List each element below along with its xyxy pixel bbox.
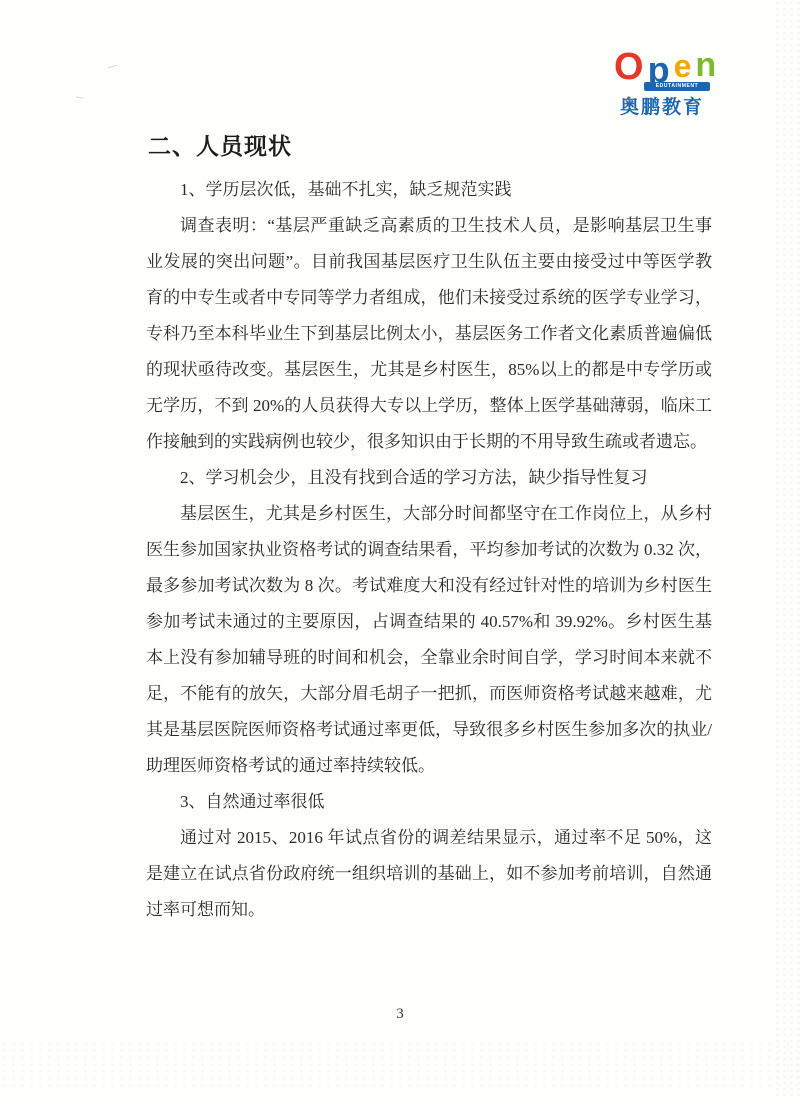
paragraph-3: 通过对 2015、2016 年试点省份的调差结果显示，通过率不足 50%，这是建…	[146, 820, 712, 928]
scanned-document-screenshot: { "logo": { "word": "Open", "letters": […	[0, 0, 800, 1100]
aopeng-education-logo: O p e n EDUTAINMENT 奥鹏教育	[614, 50, 710, 119]
document-page: O p e n EDUTAINMENT 奥鹏教育 二、人员现状 1、学历层次低，…	[0, 0, 800, 1100]
logo-letter-p: p	[648, 53, 667, 87]
logo-letter-o: O	[614, 50, 641, 84]
logo-letter-n: n	[695, 48, 713, 82]
scan-artifact	[76, 96, 83, 98]
paragraph-1: 调查表明：“基层严重缺乏高素质的卫生技术人员，是影响基层卫生事业发展的突出问题”…	[146, 208, 712, 460]
scan-noise-bottom-edge	[0, 1040, 800, 1090]
scan-noise-right-edge	[774, 0, 800, 1100]
logo-chinese-name: 奥鹏教育	[614, 92, 710, 119]
subheading-1: 1、学历层次低，基础不扎实，缺乏规范实践	[146, 172, 712, 208]
section-heading: 二、人员现状	[148, 128, 292, 161]
subheading-2: 2、学习机会少，且没有找到合适的学习方法，缺少指导性复习	[146, 460, 712, 496]
open-logo-wordmark: O p e n	[614, 50, 710, 85]
page-number: 3	[0, 1006, 800, 1023]
logo-letter-e: e	[674, 49, 689, 83]
scan-artifact	[108, 65, 117, 68]
subheading-3: 3、自然通过率很低	[146, 784, 712, 820]
paragraph-2: 基层医生，尤其是乡村医生，大部分时间都坚守在工作岗位上，从乡村医生参加国家执业资…	[146, 496, 712, 784]
document-body: 1、学历层次低，基础不扎实，缺乏规范实践 调查表明：“基层严重缺乏高素质的卫生技…	[146, 172, 712, 928]
